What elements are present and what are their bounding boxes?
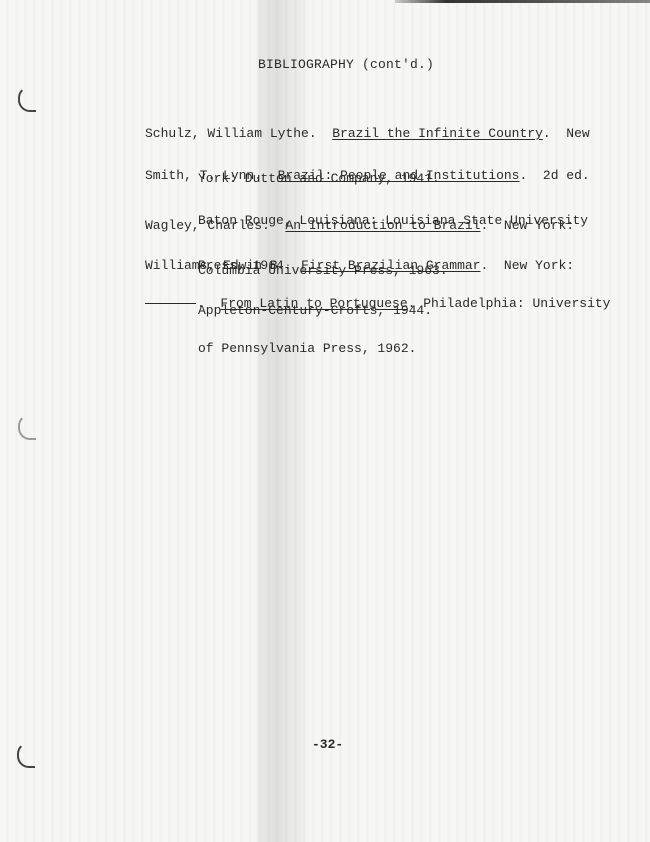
entry-title: Brazil: People and Institutions <box>278 168 520 183</box>
entry-author: Smith, T. Lynn. <box>145 168 262 183</box>
page-number: -32- <box>312 737 343 752</box>
entry-title: From Latin to Portuguese <box>220 296 407 311</box>
repeated-author-dash <box>145 303 196 304</box>
page-top-edge <box>395 0 650 3</box>
scanned-page: BIBLIOGRAPHY (cont'd.) Schulz, William L… <box>0 0 650 842</box>
hole-punch-mark-icon <box>18 414 36 440</box>
entry-publication: . 2d ed. <box>519 168 589 183</box>
entry-publication: . Philadelphia: University <box>408 296 611 311</box>
entry-continuation: of Pennsylvania Press, 1962. <box>145 341 610 356</box>
bibliography-entry: . From Latin to Portuguese. Philadelphia… <box>145 266 610 386</box>
hole-punch-mark-icon <box>18 86 36 112</box>
hole-punch-mark-icon <box>17 742 35 768</box>
page-heading: BIBLIOGRAPHY (cont'd.) <box>0 57 650 72</box>
